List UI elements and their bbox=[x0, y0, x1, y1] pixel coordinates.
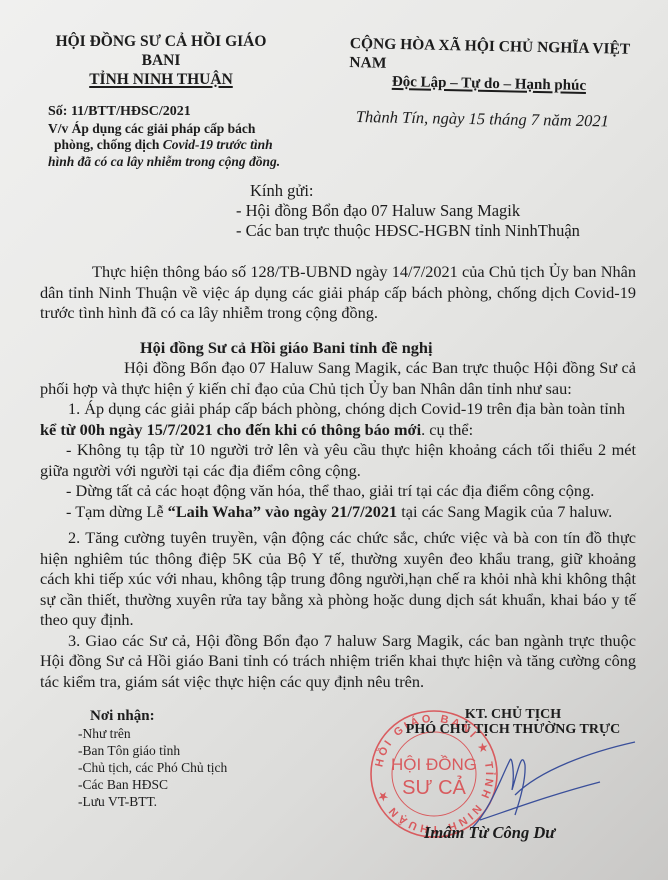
signature-title-2: PHÓ CHỦ TỊCH THƯỜNG TRỰC bbox=[393, 722, 633, 737]
stamp-center-line-1: HỘI ĐỒNG bbox=[391, 755, 477, 774]
document-reference: Số: 11/BTT/HĐSC/2021 V/v Áp dụng các giả… bbox=[48, 104, 280, 170]
document-number: Số: 11/BTT/HĐSC/2021 bbox=[48, 104, 280, 121]
subject-text: phòng, chống dịch bbox=[54, 137, 163, 152]
item-2: 2. Tăng cường tuyên truyền, vận động các… bbox=[40, 528, 636, 631]
proposal-title: Hội đồng Sư cả Hồi giáo Bani tỉnh đề ngh… bbox=[40, 338, 636, 359]
issuer-province: TỈNH NINH THUẬN bbox=[36, 70, 286, 89]
stamp-center-line-2: SƯ CẢ bbox=[402, 776, 466, 799]
document-body: Thực hiện thông báo số 128/TB-UBND ngày … bbox=[40, 262, 636, 692]
item-1-bold: kể từ 00h ngày 15/7/2021 cho đến khi có … bbox=[40, 420, 421, 439]
bullet-3-bold-name: “Laih Waha” bbox=[168, 502, 261, 521]
issuer-org: HỘI ĐỒNG SƯ CẢ HỒI GIÁO BANI bbox=[36, 32, 286, 70]
bullet-2: - Dừng tất cả các hoạt động văn hóa, thể… bbox=[40, 481, 636, 502]
subject-italic: Covid-19 trước tình bbox=[163, 137, 273, 152]
handwritten-signature bbox=[470, 740, 640, 830]
issuer-header: HỘI ĐỒNG SƯ CẢ HỒI GIÁO BANI TỈNH NINH T… bbox=[36, 32, 286, 89]
item-1: 1. Áp dụng các giải pháp cấp bách phòng,… bbox=[40, 399, 636, 440]
subject-line-2: phòng, chống dịch Covid-19 trước tình bbox=[48, 137, 280, 154]
distribution-item: -Các Ban HĐSC bbox=[78, 776, 227, 793]
recipients-header: Kính gửi: - Hội đồng Bổn đạo 07 Haluw Sa… bbox=[250, 181, 580, 241]
national-header: CỘNG HÒA XÃ HỘI CHỦ NGHĨA VIỆT NAM Độc L… bbox=[349, 34, 668, 98]
bullet-3-text: - Tạm dừng Lễ bbox=[66, 502, 168, 521]
signature-block: KT. CHỦ TỊCH PHÓ CHỦ TỊCH THƯỜNG TRỰC bbox=[393, 707, 633, 737]
distribution-list: Nơi nhận: -Như trên -Ban Tôn giáo tỉnh -… bbox=[78, 708, 227, 810]
distribution-item: -Ban Tôn giáo tỉnh bbox=[78, 742, 227, 759]
distribution-item: -Chủ tịch, các Phó Chủ tịch bbox=[78, 759, 227, 776]
proposal-paragraph: Hội đồng Bổn đạo 07 Haluw Sang Magik, cá… bbox=[40, 358, 636, 399]
recipient-item: - Hội đồng Bổn đạo 07 Haluw Sang Magik bbox=[236, 201, 580, 221]
distribution-item: -Lưu VT-BTT. bbox=[78, 793, 227, 810]
nation-title: CỘNG HÒA XÃ HỘI CHỦ NGHĨA VIỆT NAM bbox=[349, 34, 668, 79]
distribution-item: -Như trên bbox=[78, 725, 227, 742]
item-1-text: 1. Áp dụng các giải pháp cấp bách phòng,… bbox=[68, 399, 625, 418]
subject-line-3: hình đã có ca lây nhiễm trong cộng đồng. bbox=[48, 154, 280, 171]
intro-paragraph: Thực hiện thông báo số 128/TB-UBND ngày … bbox=[40, 262, 636, 324]
recipients-label: Kính gửi: bbox=[250, 181, 580, 201]
signatory-name: Imâm Từ Công Dư bbox=[424, 823, 555, 843]
item-1-tail: . cụ thể: bbox=[421, 420, 473, 439]
bullet-3-tail: tại các Sang Magik của 7 haluw. bbox=[397, 502, 612, 521]
distribution-title: Nơi nhận: bbox=[90, 708, 227, 725]
bullet-1: - Không tụ tập từ 10 người trở lên và yê… bbox=[40, 440, 636, 481]
recipient-item: - Các ban trực thuộc HĐSC-HGBN tỉnh Ninh… bbox=[236, 221, 580, 241]
date-line: Thành Tín, ngày 15 tháng 7 năm 2021 bbox=[356, 107, 609, 131]
bullet-3: - Tạm dừng Lễ “Laih Waha” vào ngày 21/7/… bbox=[40, 502, 636, 523]
signature-title-1: KT. CHỦ TỊCH bbox=[393, 707, 633, 722]
item-3: 3. Giao các Sư cả, Hội đồng Bổn đạo 7 ha… bbox=[40, 631, 636, 693]
subject-line-1: V/v Áp dụng các giải pháp cấp bách bbox=[48, 121, 280, 138]
bullet-3-bold-date: vào ngày 21/7/2021 bbox=[261, 502, 397, 521]
